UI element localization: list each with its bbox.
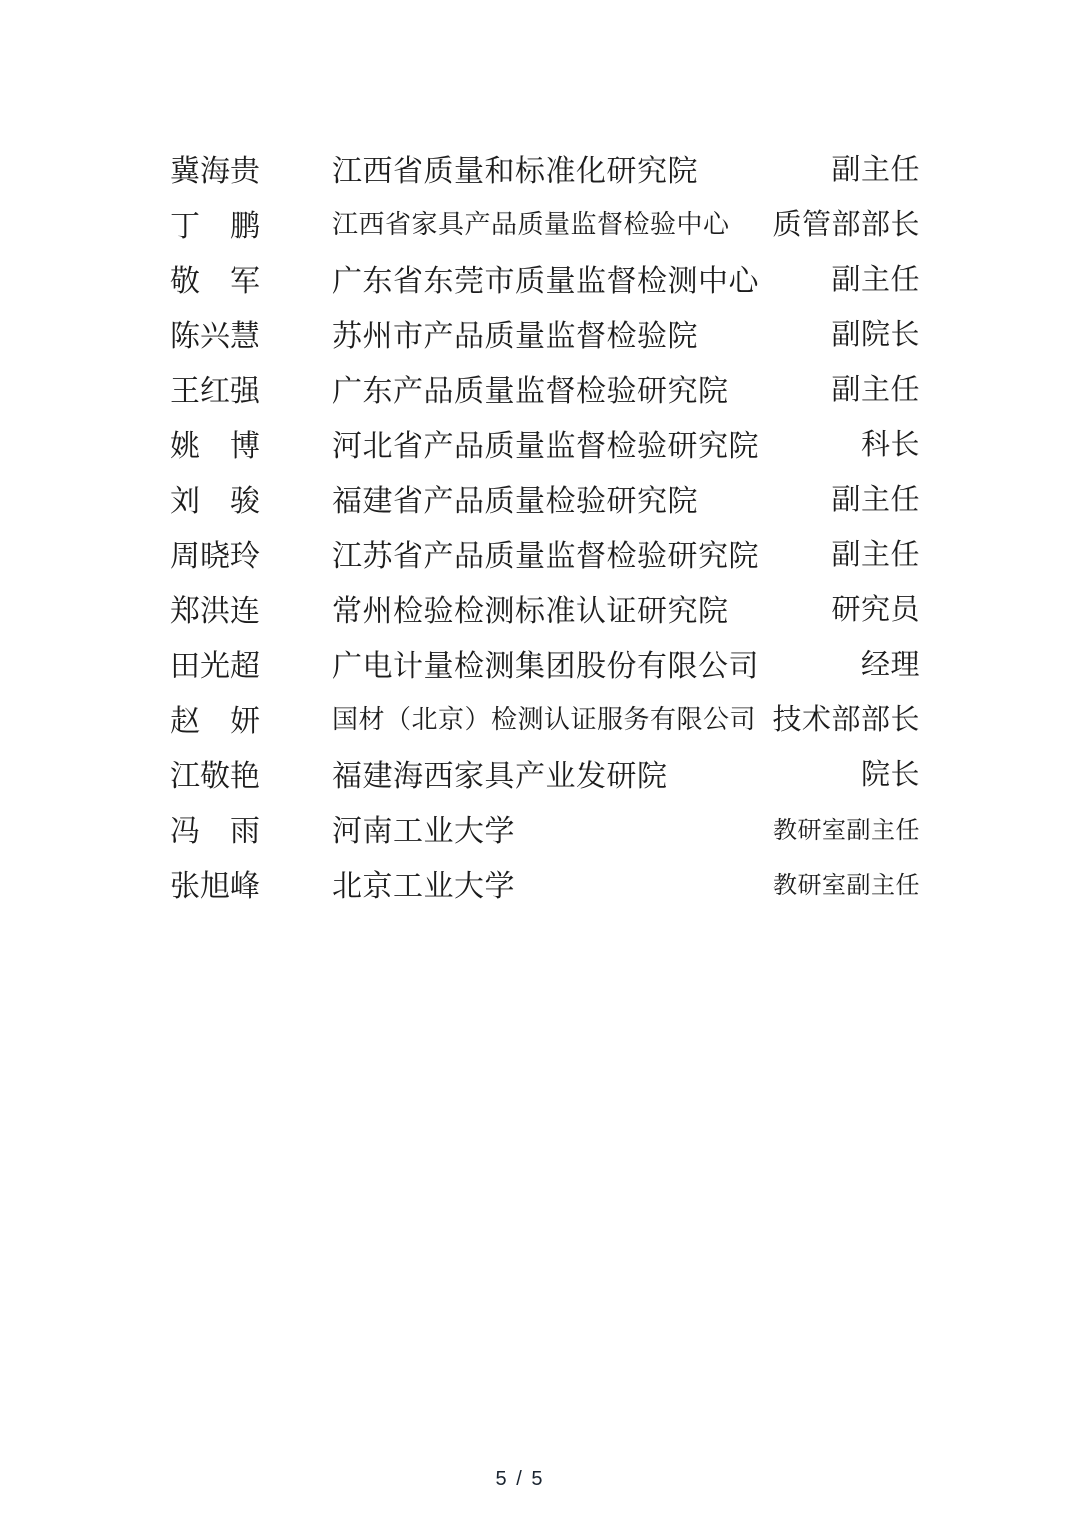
member-row: 江敬艳 福建海西家具产业发研院 院长 (170, 745, 920, 800)
member-title: 副院长 (831, 312, 920, 353)
member-name: 郑洪连 (170, 586, 260, 630)
member-title: 副主任 (831, 147, 920, 188)
member-organization: 苏州市产品质量监督检验院 (332, 311, 831, 355)
member-name: 王红强 (170, 366, 260, 410)
member-list: 冀海贵 江西省质量和标准化研究院 副主任 丁 鹏 江西省家具产品质量监督检验中心… (170, 140, 920, 910)
document-page: 冀海贵 江西省质量和标准化研究院 副主任 丁 鹏 江西省家具产品质量监督检验中心… (0, 0, 1080, 1534)
member-row: 冯 雨 河南工业大学 教研室副主任 (170, 800, 920, 855)
member-title: 教研室副主任 (773, 810, 920, 845)
member-organization: 广东省东莞市质量监督检测中心 (332, 256, 831, 300)
member-row: 敬 军 广东省东莞市质量监督检测中心 副主任 (170, 250, 920, 305)
member-title: 科长 (861, 422, 920, 463)
member-title: 质管部部长 (772, 202, 920, 243)
member-name: 丁 鹏 (170, 201, 260, 245)
member-organization: 江苏省产品质量监督检验研究院 (332, 531, 831, 575)
member-organization: 福建省产品质量检验研究院 (332, 476, 831, 520)
member-organization: 北京工业大学 (332, 861, 773, 905)
member-row: 王红强 广东产品质量监督检验研究院 副主任 (170, 360, 920, 415)
member-organization: 国材（北京）检测认证服务有限公司 (332, 699, 772, 736)
member-row: 张旭峰 北京工业大学 教研室副主任 (170, 855, 920, 910)
member-name: 江敬艳 (170, 751, 260, 795)
member-row: 刘 骏 福建省产品质量检验研究院 副主任 (170, 470, 920, 525)
member-name: 张旭峰 (170, 861, 260, 905)
member-organization: 福建海西家具产业发研院 (332, 751, 861, 795)
member-title: 教研室副主任 (773, 865, 920, 900)
member-title: 研究员 (831, 587, 920, 628)
page-number: 5 / 5 (0, 1468, 1040, 1491)
member-title: 副主任 (831, 532, 920, 573)
member-row: 陈兴慧 苏州市产品质量监督检验院 副院长 (170, 305, 920, 360)
member-title: 经理 (861, 642, 920, 683)
member-title: 副主任 (831, 257, 920, 298)
member-name: 陈兴慧 (170, 311, 260, 355)
member-row: 周晓玲 江苏省产品质量监督检验研究院 副主任 (170, 525, 920, 580)
member-organization: 广电计量检测集团股份有限公司 (332, 641, 861, 685)
member-organization: 江西省家具产品质量监督检验中心 (332, 204, 772, 241)
member-name: 姚 博 (170, 421, 260, 465)
member-organization: 河北省产品质量监督检验研究院 (332, 421, 861, 465)
member-title: 院长 (861, 752, 920, 793)
member-organization: 常州检验检测标准认证研究院 (332, 586, 831, 630)
member-row: 田光超 广电计量检测集团股份有限公司 经理 (170, 635, 920, 690)
member-name: 冯 雨 (170, 806, 260, 850)
member-name: 周晓玲 (170, 531, 260, 575)
member-name: 敬 军 (170, 256, 260, 300)
member-row: 姚 博 河北省产品质量监督检验研究院 科长 (170, 415, 920, 470)
member-row: 丁 鹏 江西省家具产品质量监督检验中心 质管部部长 (170, 195, 920, 250)
member-name: 赵 妍 (170, 696, 260, 740)
member-organization: 广东产品质量监督检验研究院 (332, 366, 831, 410)
member-title: 技术部部长 (772, 697, 920, 738)
member-title: 副主任 (831, 477, 920, 518)
member-row: 赵 妍 国材（北京）检测认证服务有限公司 技术部部长 (170, 690, 920, 745)
member-organization: 河南工业大学 (332, 806, 773, 850)
member-row: 冀海贵 江西省质量和标准化研究院 副主任 (170, 140, 920, 195)
member-row: 郑洪连 常州检验检测标准认证研究院 研究员 (170, 580, 920, 635)
member-name: 刘 骏 (170, 476, 260, 520)
member-title: 副主任 (831, 367, 920, 408)
member-name: 田光超 (170, 641, 260, 685)
member-organization: 江西省质量和标准化研究院 (332, 146, 831, 190)
member-name: 冀海贵 (170, 146, 260, 190)
